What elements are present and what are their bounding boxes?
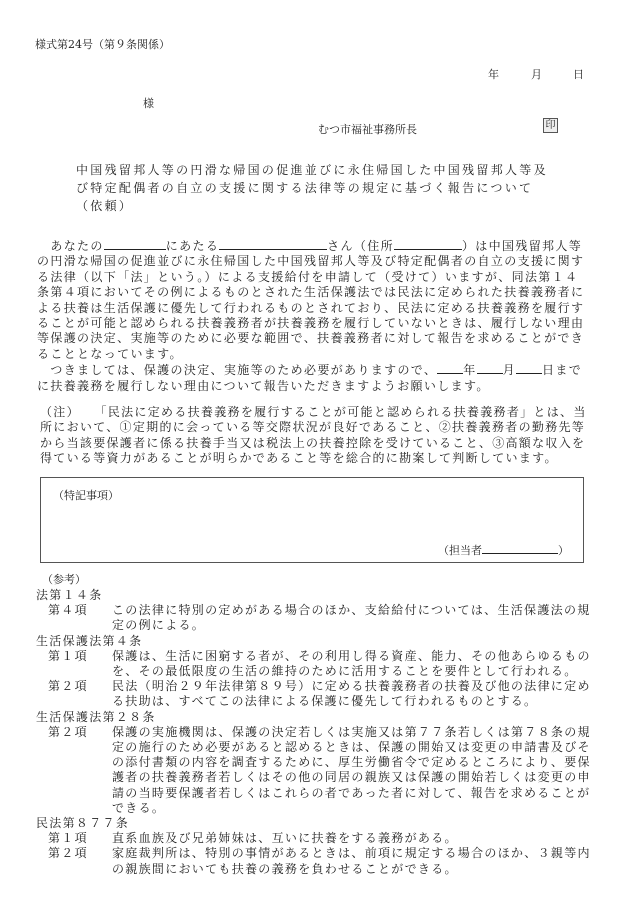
person-in-charge: （担当者） [438, 542, 569, 558]
addressee-suffix: 様 [143, 95, 154, 111]
address-blank[interactable] [394, 238, 462, 250]
law-heading: 生活保護法第２８条 [36, 710, 596, 725]
item-text: 直系血族及び兄弟姉妹は、互いに扶養をする義務がある。 [112, 831, 596, 846]
body-text: さん（住所 [327, 239, 394, 253]
references-heading: （参考） [42, 571, 86, 587]
document-title: 中国残留邦人等の円滑な帰国の促進並びに永住帰国した中国残留邦人等及 び特定配偶者… [76, 161, 596, 215]
seal-icon: 印 [543, 118, 558, 133]
references-list: 法第１４条 第４項この法律に特別の定めがある場合のほか、支給給付については、生活… [36, 588, 596, 877]
law-item: 第１項直系血族及び兄弟姉妹は、互いに扶養をする義務がある。 [36, 831, 596, 846]
law-item: 第２項民法（明治２９年法律第８９号）に定める扶養義務者の扶養及び他の法律に定める… [36, 679, 596, 709]
special-notes-label: （特記事項） [53, 487, 119, 503]
body-text: つきましては、保護の決定、実施等のため必要がありますので、 [50, 363, 437, 377]
person-in-charge-close: ） [558, 544, 569, 557]
item-number: 第１項 [36, 649, 112, 679]
title-line-3: （依頼） [76, 197, 596, 215]
law-item: 第１項保護は、生活に困窮する者が、その利用し得る資産、能力、その他あらゆるものを… [36, 649, 596, 679]
body-text: ）は中国残留邦人等の円滑な帰国の促進並びに永住帰国した中国残留邦人等及び特定配偶… [37, 239, 584, 361]
item-text: 家庭裁判所は、特別の事情があるときは、前項に規定する場合のほか、３親等内の親族間… [112, 846, 596, 876]
body-text: あなたの [50, 239, 103, 253]
law-heading: 民法第８７７条 [36, 816, 596, 831]
body-paragraph-1: あなたのにあたるさん（住所）は中国残留邦人等の円滑な帰国の促進並びに永住帰国した… [37, 238, 585, 362]
form-number: 様式第24号（第９条関係） [35, 36, 170, 52]
law-item: 第４項この法律に特別の定めがある場合のほか、支給給付については、生活保護法の規定… [36, 603, 596, 633]
item-text: この法律に特別の定めがある場合のほか、支給給付については、生活保護法の規定の例に… [112, 603, 596, 633]
item-number: 第２項 [36, 679, 112, 709]
note-section: （注） 「民法に定める扶養義務を履行することが可能と認められる扶養義務者」とは、… [40, 405, 588, 467]
body-paragraph-2: つきましては、保護の決定、実施等のため必要がありますので、年月日までに扶養義務を… [37, 362, 585, 394]
body-text: 月 [503, 363, 516, 377]
name-blank[interactable] [219, 238, 327, 250]
title-line-2: び特定配偶者の自立の支援に関する法律等の規定に基づく報告について [76, 179, 596, 197]
item-number: 第１項 [36, 831, 112, 846]
law-item: 第２項保護の実施機関は、保護の決定若しくは実施又は第７７条若しくは第７８条の規定… [36, 725, 596, 816]
date-day-label: 日 [573, 66, 584, 82]
body-text: 年 [463, 363, 476, 377]
date-month-label: 月 [531, 66, 542, 82]
request-body: あなたのにあたるさん（住所）は中国残留邦人等の円滑な帰国の促進並びに永住帰国した… [37, 238, 585, 394]
special-notes-box[interactable]: （特記事項） （担当者） [40, 477, 584, 563]
title-line-1: 中国残留邦人等の円滑な帰国の促進並びに永住帰国した中国残留邦人等及 [76, 161, 596, 179]
person-in-charge-label: （担当者 [438, 544, 482, 557]
note-label: （注） [40, 405, 74, 419]
person-in-charge-blank[interactable] [482, 542, 558, 554]
relationship-blank[interactable] [104, 238, 166, 250]
deadline-month-blank[interactable] [477, 362, 503, 374]
body-text: にあたる [166, 239, 219, 253]
issuer-name: むつ市福祉事務所長 [318, 121, 417, 137]
law-heading: 法第１４条 [36, 588, 596, 603]
law-heading: 生活保護法第４条 [36, 634, 596, 649]
item-number: 第４項 [36, 603, 112, 633]
item-number: 第２項 [36, 846, 112, 876]
date-year-label: 年 [488, 66, 499, 82]
deadline-day-blank[interactable] [516, 362, 542, 374]
deadline-year-blank[interactable] [437, 362, 463, 374]
note-text: 「民法に定める扶養義務を履行することが可能と認められる扶養義務者」とは、当所にお… [40, 405, 587, 465]
item-text: 民法（明治２９年法律第８９号）に定める扶養義務者の扶養及び他の法律に定める扶助は… [112, 679, 596, 709]
item-text: 保護は、生活に困窮する者が、その利用し得る資産、能力、その他あらゆるものを、その… [112, 649, 596, 679]
law-item: 第２項家庭裁判所は、特別の事情があるときは、前項に規定する場合のほか、３親等内の… [36, 846, 596, 876]
item-number: 第２項 [36, 725, 112, 816]
item-text: 保護の実施機関は、保護の決定若しくは実施又は第７７条若しくは第７８条の規定の施行… [112, 725, 596, 816]
